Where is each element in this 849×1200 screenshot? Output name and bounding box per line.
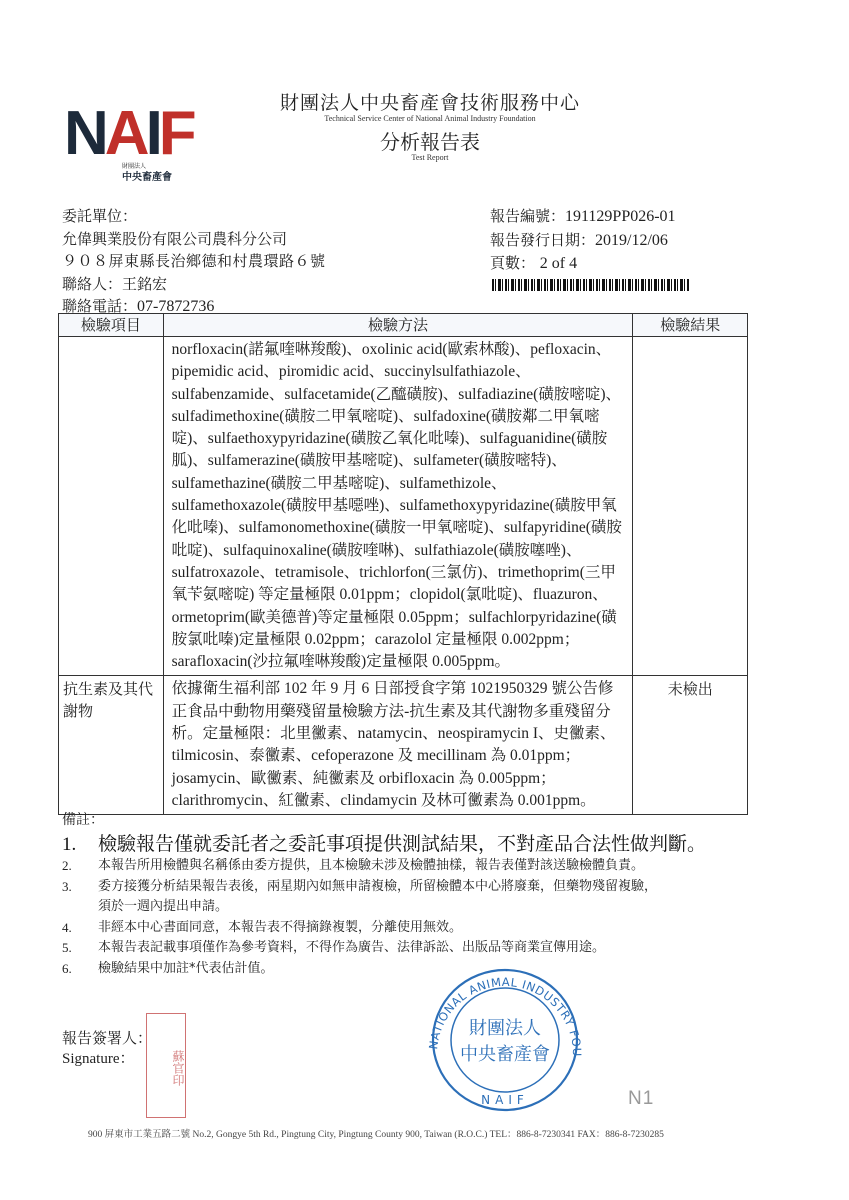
organization-name-en: Technical Service Center of National Ani… [200, 114, 660, 123]
note-text: 非經本中心書面同意，本報告表不得摘錄複製，分離使用無效。 [98, 918, 462, 939]
note-item: 4.非經本中心書面同意，本報告表不得摘錄複製，分離使用無效。 [62, 918, 657, 939]
note-number: 4. [62, 918, 98, 939]
report-date-row: 報告發行日期：2019/12/06 [490, 229, 676, 253]
test-result [633, 337, 748, 676]
notes-label: 備註： [62, 809, 104, 829]
header-test-item: 檢驗項目 [59, 314, 164, 337]
page-count-label: 頁數： [490, 254, 535, 272]
logo-letter-i: I [146, 99, 159, 168]
note-text: 本報告所用檢體與名稱係由委方提供，且本檢驗未涉及檢體抽樣，報告表僅對該送驗檢體負… [98, 856, 644, 877]
notes-list: 2.本報告所用檢體與名稱係由委方提供，且本檢驗未涉及檢體抽樣，報告表僅對該送驗檢… [62, 856, 657, 979]
note-text: 委方接獲分析結果報告表後，兩星期內如無申請複檢，所留檢體本中心將廢棄，但藥物殘留… [98, 877, 657, 898]
test-method: 依據衛生福利部 102 年 9 月 6 日部授食字第 1021950329 號公… [163, 676, 633, 815]
client-name: 允偉興業股份有限公司農科分公司 [62, 228, 326, 251]
seal-icon: NATIONAL ANIMAL INDUSTRY FOUNDATION 財團法人… [415, 962, 595, 1114]
signature-block: 報告簽署人： Signature： [62, 1028, 152, 1070]
note-text: 本報告表記載事項僅作為參考資料，不得作為廣告、法律訴訟、出版品等商業宣傳用途。 [98, 938, 605, 959]
svg-text:中央畜產會: 中央畜產會 [460, 1044, 550, 1065]
report-number-row: 報告編號：191129PP026-01 [490, 205, 676, 229]
report-date: 2019/12/06 [595, 232, 668, 249]
contact-label: 聯絡人： [62, 275, 122, 293]
report-date-label: 報告發行日期： [490, 231, 595, 249]
note-number: 5. [62, 938, 98, 959]
contact-name: 王銘宏 [122, 275, 167, 293]
header-test-result: 檢驗結果 [633, 314, 748, 337]
results-table: 檢驗項目 檢驗方法 檢驗結果 norfloxacin(諾氟喹啉羧酸)、oxoli… [58, 313, 748, 815]
note-number: 1. [62, 834, 98, 856]
header-test-method: 檢驗方法 [163, 314, 633, 337]
note-continuation: 須於一週內提出申請。 [62, 897, 657, 918]
svg-text:NAIF: NAIF [481, 1093, 529, 1107]
note-number: 6. [62, 959, 98, 980]
note-item: 2.本報告所用檢體與名稱係由委方提供，且本檢驗未涉及檢體抽樣，報告表僅對該送驗檢… [62, 856, 657, 877]
test-item [59, 337, 164, 676]
logo-letters: NAIF [64, 103, 193, 165]
barcode [492, 279, 690, 291]
note-text: 檢驗結果中加註*代表估計值。 [98, 959, 274, 980]
svg-text:財團法人: 財團法人 [469, 1018, 541, 1039]
logo-letter-n: N [64, 99, 105, 168]
client-info: 委託單位： 允偉興業股份有限公司農科分公司 ９０８屏東縣長治鄉德和村農環路６號 … [62, 205, 326, 319]
document-title: 分析報告表 [200, 126, 660, 155]
test-item: 抗生素及其代謝物 [59, 676, 164, 815]
report-number: 191129PP026-01 [565, 208, 676, 225]
note-item: 1.檢驗報告僅就委託者之委託事項提供測試結果，不對產品合法性做判斷。 [62, 829, 706, 856]
note-text: 檢驗報告僅就委託者之委託事項提供測試結果，不對產品合法性做判斷。 [98, 833, 706, 855]
signature-label-en: Signature： [62, 1049, 152, 1070]
organization-name: 財團法人中央畜產會技術服務中心 [200, 88, 660, 115]
footer-address: 900 屏東市工業五路二號 No.2, Gongye 5th Rd., Ping… [88, 1126, 664, 1140]
foundation-seal: NATIONAL ANIMAL INDUSTRY FOUNDATION 財團法人… [415, 962, 595, 1114]
signature-label-zh: 報告簽署人： [62, 1028, 152, 1049]
contact-row: 聯絡人：王銘宏 [62, 273, 326, 296]
table-row: norfloxacin(諾氟喹啉羧酸)、oxolinic acid(歐索林酸)、… [59, 337, 748, 676]
table-header-row: 檢驗項目 檢驗方法 檢驗結果 [59, 314, 748, 337]
page-count: 2 of 4 [540, 255, 577, 272]
naif-logo: NAIF 財團法人 中央畜產會 [64, 95, 194, 183]
note-item: 5.本報告表記載事項僅作為參考資料，不得作為廣告、法律訴訟、出版品等商業宣傳用途… [62, 938, 657, 959]
test-result: 未檢出 [633, 676, 748, 815]
client-label: 委託單位： [62, 205, 326, 228]
logo-letter-f: F [159, 99, 193, 168]
test-method: norfloxacin(諾氟喹啉羧酸)、oxolinic acid(歐索林酸)、… [163, 337, 633, 676]
note-number: 3. [62, 877, 98, 898]
note-item: 3.委方接獲分析結果報告表後，兩星期內如無申請複檢，所留檢體本中心將廢棄，但藥物… [62, 877, 657, 898]
report-info: 報告編號：191129PP026-01 報告發行日期：2019/12/06 頁數… [490, 205, 676, 276]
note-number: 2. [62, 856, 98, 877]
page-count-row: 頁數： 2 of 4 [490, 252, 676, 276]
report-number-label: 報告編號： [490, 207, 565, 225]
client-address: ９０８屏東縣長治鄉德和村農環路６號 [62, 250, 326, 273]
document-title-en: Test Report [200, 153, 660, 162]
logo-letter-a: A [105, 99, 146, 168]
logo-subtitle: 中央畜產會 [122, 168, 172, 183]
signature-chop-stamp: 蘇官印 [146, 1013, 186, 1118]
page-mark: N1 [628, 1088, 654, 1110]
table-row: 抗生素及其代謝物 依據衛生福利部 102 年 9 月 6 日部授食字第 1021… [59, 676, 748, 815]
